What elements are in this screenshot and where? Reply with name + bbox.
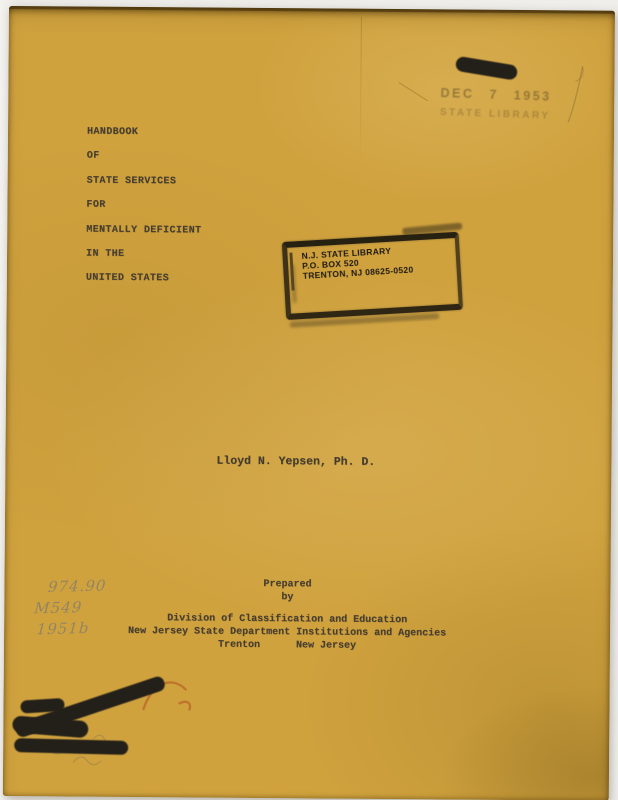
paper-scratch — [399, 82, 428, 101]
call-number: 974.90 M549 1951b — [30, 575, 107, 640]
title-line: UNITED STATES — [86, 267, 201, 292]
library-address-text: N.J. STATE LIBRARY P.O. BOX 520 TRENTON,… — [287, 238, 457, 282]
author-name: Lloyd N. Yepsen, Ph. D. — [216, 455, 375, 469]
redaction-marker-stroke — [455, 56, 519, 81]
pencil-check-mark — [553, 58, 598, 130]
library-address-stamp: N.J. STATE LIBRARY P.O. BOX 520 TRENTON,… — [282, 232, 463, 320]
paper-crease — [360, 17, 362, 167]
imprint-block: Prepared by Division of Classification a… — [112, 577, 463, 654]
date-received-stamp: DEC 7 1953 STATE LIBRARY — [440, 86, 552, 122]
scanned-page: HANDBOOK OF STATE SERVICES FOR MENTALLY … — [0, 0, 618, 800]
stamp-library-label: STATE LIBRARY — [440, 107, 551, 122]
title-block: HANDBOOK OF STATE SERVICES FOR MENTALLY … — [86, 121, 203, 293]
title-line: MENTALLY DEFICIENT — [86, 218, 201, 243]
title-line: FOR — [86, 194, 201, 219]
title-line: OF — [87, 145, 202, 170]
call-number-cutter: M549 — [33, 596, 105, 619]
call-number-year: 1951b — [36, 618, 104, 641]
title-line: HANDBOOK — [87, 121, 202, 146]
stamp-date: DEC 7 1953 — [440, 86, 552, 104]
book-cover: HANDBOOK OF STATE SERVICES FOR MENTALLY … — [3, 6, 615, 800]
title-line: STATE SERVICES — [87, 169, 202, 194]
imprint-department: New Jersey State Department Institutions… — [112, 625, 462, 641]
scribble-marker-stroke — [14, 738, 128, 755]
stamp-ink-smudge — [289, 313, 439, 328]
imprint-by: by — [112, 590, 462, 606]
call-number-class: 974.90 — [47, 575, 107, 598]
title-line: IN THE — [86, 243, 201, 268]
imprint-location: Trenton New Jersey — [112, 638, 462, 654]
